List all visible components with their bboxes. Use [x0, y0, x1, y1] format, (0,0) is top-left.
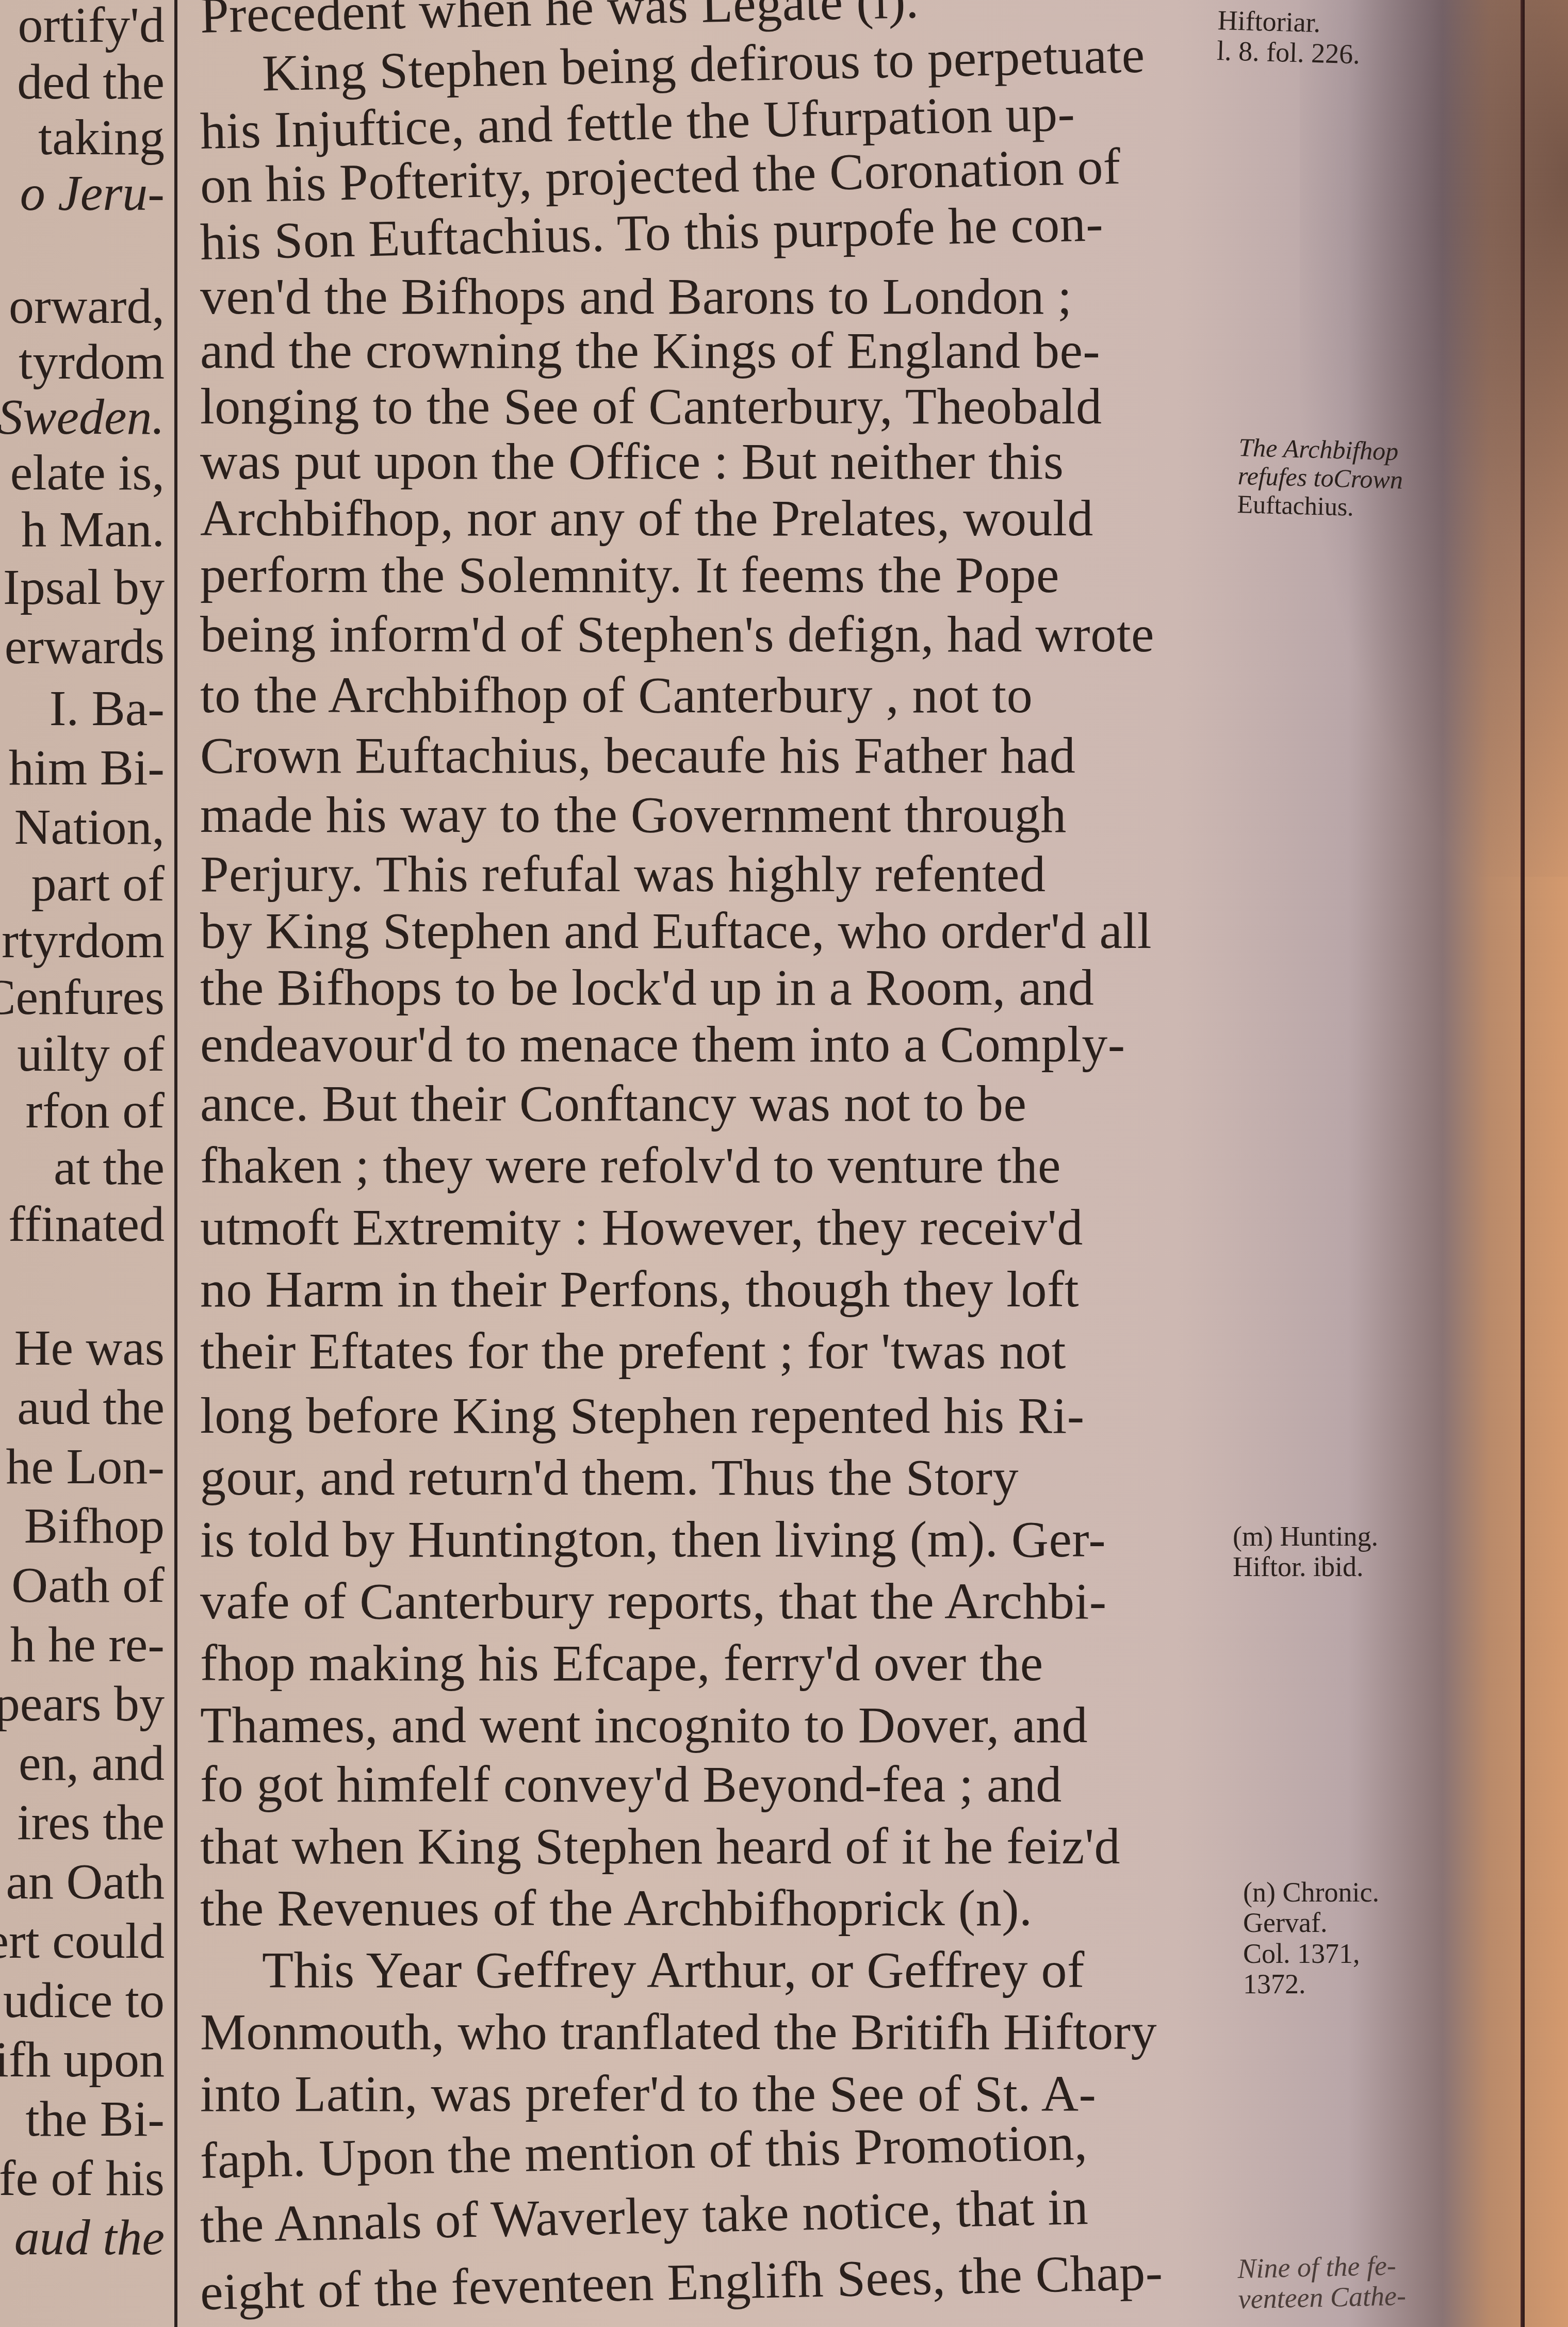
left-line: erwards	[5, 621, 165, 672]
left-line: elate is,	[10, 448, 165, 498]
left-line: rtyrdom	[2, 915, 165, 966]
text-line: faph. Upon the mention of this Promotion…	[200, 2117, 1088, 2187]
left-line: taking	[38, 112, 165, 163]
left-line: uilty of	[17, 1029, 165, 1079]
left-line: aud the	[14, 2213, 165, 2263]
text-line: the Annals of Waverley take notice, that…	[200, 2181, 1089, 2251]
text-line: is told by Huntington, then living (m). …	[200, 1514, 1106, 1565]
left-line: Sweden.	[0, 392, 165, 443]
margin-note-bottom: Nine of the fe- venteen Cathe-	[1237, 2250, 1407, 2315]
left-line: at the	[54, 1142, 165, 1193]
left-column-fragment: ortify'd ded the taking o Jeru- orward, …	[0, 0, 168, 2327]
text-line: to the Archbifhop of Canterbury , not to	[200, 669, 1033, 721]
text-line: no Harm in their Perfons, though they lo…	[200, 1264, 1079, 1315]
text-line: gour, and return'd them. Thus the Story	[200, 1452, 1019, 1503]
text-line: made his way to the Government through	[200, 789, 1067, 841]
left-line: Bifhop	[24, 1501, 165, 1551]
text-line: ven'd the Bifhops and Barons to London ;	[200, 271, 1072, 322]
left-line: Oath of	[11, 1560, 165, 1611]
left-line: o Jeru-	[20, 168, 165, 219]
left-line: ert could	[0, 1916, 165, 1967]
left-line: Ipsal by	[3, 562, 165, 613]
text-line: fhop making his Efcape, ferry'd over the	[200, 1637, 1043, 1689]
left-line: ifh upon	[0, 2035, 165, 2085]
text-line: Crown Euftachius, becaufe his Father had	[200, 730, 1075, 781]
left-line: tyrdom	[19, 337, 165, 387]
text-line: their Eftates for the prefent ; for 'twa…	[200, 1325, 1066, 1377]
main-text-column: Precedent when he was Legate (l). King S…	[200, 0, 1263, 2327]
text-line: perform the Solemnity. It feems the Pope	[200, 549, 1059, 601]
text-line: Perjury. This refufal was highly refente…	[200, 848, 1046, 900]
column-rule-left	[174, 0, 177, 2327]
left-line: ires the	[17, 1797, 165, 1848]
left-line: judice to	[0, 1975, 165, 2026]
left-line: fe of his	[0, 2153, 165, 2204]
left-line: Nation,	[14, 802, 165, 853]
text-line: utmoft Extremity : However, they receiv'…	[200, 1202, 1083, 1253]
left-line: Cenfures	[0, 972, 165, 1023]
text-line: Archbifhop, nor any of the Prelates, wou…	[200, 493, 1093, 544]
text-line: longing to the See of Canterbury, Theoba…	[200, 381, 1102, 432]
left-line: he Lon-	[6, 1441, 165, 1492]
text-line: the Revenues of the Archbifhoprick (n).	[200, 1882, 1032, 1934]
text-line: being inform'd of Stephen's defign, had …	[200, 609, 1154, 660]
left-line: orward,	[9, 281, 165, 332]
text-line: endeavour'd to menace them into a Comply…	[200, 1019, 1125, 1070]
text-line: This Year Geffrey Arthur, or Geffrey of	[200, 1944, 1085, 1996]
text-line: fo got himfelf convey'd Beyond-fea ; and	[200, 1759, 1062, 1810]
left-line: ortify'd	[18, 0, 165, 51]
margin-notes: Hiftoriar. l. 8. fol. 226. The Archbifho…	[1259, 0, 1527, 2327]
text-line: fhaken ; they were refolv'd to venture t…	[200, 1140, 1061, 1191]
left-line: h Man.	[21, 504, 165, 555]
text-line: vafe of Canterbury reports, that the Arc…	[200, 1576, 1107, 1627]
left-line: ffinated	[8, 1199, 165, 1250]
left-line: ded the	[17, 57, 165, 107]
left-line: an Oath	[6, 1857, 165, 1907]
left-line: aud the	[17, 1382, 165, 1433]
margin-note-archbishop: The Archbifhop refufes toCrown Euftachiu…	[1237, 433, 1404, 522]
text-line: into Latin, was prefer'd to the See of S…	[200, 2068, 1096, 2120]
left-line: I. Ba-	[50, 683, 165, 734]
text-line: that when King Stephen heard of it he fe…	[200, 1821, 1120, 1872]
margin-note-m: (m) Hunting. Hiftor. ibid.	[1233, 1521, 1378, 1583]
text-line: Thames, and went incognito to Dover, and	[200, 1699, 1088, 1751]
text-line: was put upon the Office : But neither th…	[200, 436, 1064, 487]
text-line: the Bifhops to be lock'd up in a Room, a…	[200, 962, 1094, 1013]
left-line: pears by	[0, 1679, 165, 1729]
text-line: by King Stephen and Euftace, who order'd…	[200, 905, 1152, 957]
left-line: him Bi-	[9, 743, 165, 793]
left-line: part of	[31, 859, 165, 909]
margin-note-citation: Hiftoriar. l. 8. fol. 226.	[1216, 5, 1361, 70]
text-line: ance. But their Conftancy was not to be	[200, 1078, 1026, 1129]
left-line: h he re-	[10, 1619, 165, 1670]
left-line: He was	[14, 1323, 165, 1373]
text-line: and the crowning the Kings of England be…	[200, 325, 1100, 376]
margin-note-n: (n) Chronic. Gervaf. Col. 1371, 1372.	[1243, 1877, 1379, 2000]
left-line: rfon of	[26, 1086, 165, 1136]
text-line: eight of the feventeen Englifh Sees, the…	[200, 2247, 1164, 2318]
left-line: the Bi-	[26, 2094, 165, 2144]
text-line: long before King Stephen repented his Ri…	[200, 1390, 1085, 1441]
left-line: en, and	[19, 1738, 165, 1789]
text-line: Monmouth, who tranflated the Britifh Hif…	[200, 2006, 1157, 2058]
